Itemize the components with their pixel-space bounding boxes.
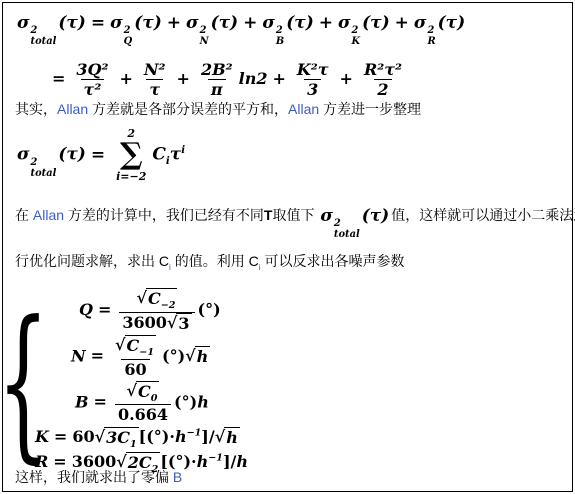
coefficient-c: C xyxy=(148,289,161,308)
sigma-scripts: 2K xyxy=(352,26,361,48)
square-root: √C−1 xyxy=(115,335,156,359)
denominator-number: 3600 xyxy=(122,313,167,332)
equation-rows: Q=√C−23600√3(°) N=√C−160(°)√h B=√C00.664… xyxy=(35,287,248,476)
equation-line-sigma-sum: σ2total(τ)=σ2Q(τ)+σ2N(τ)+σ2B(τ)+σ2K(τ)+σ… xyxy=(17,13,465,48)
plus-operator: + xyxy=(395,13,409,33)
sum-sigma-glyph: ∑ xyxy=(120,140,143,170)
fraction-numerator: K²τ xyxy=(294,60,332,79)
sigma-subscript: R xyxy=(427,37,435,48)
fraction-numerator: √C0 xyxy=(124,381,163,405)
hour-variable: h xyxy=(236,452,248,471)
fraction-numerator: √C−2 xyxy=(133,288,180,312)
plus-operator: + xyxy=(167,13,181,33)
plus-operator: + xyxy=(243,13,257,33)
hour-exponent: −1 xyxy=(187,427,202,438)
sigma-symbol: σ xyxy=(414,13,427,33)
radicand: 3C1 xyxy=(104,427,139,450)
equation-allan-total-variance: σ2total(τ)=σ2Q(τ)+σ2N(τ)+σ2B(τ)+σ2K(τ)+σ… xyxy=(17,13,465,99)
fraction-numerator: 2B² xyxy=(198,60,236,79)
text-segment: 方差就是各部分误差的平方和， xyxy=(88,101,288,117)
coefficient-index: 0 xyxy=(151,393,158,404)
coefficient-number: 60 xyxy=(72,427,94,446)
tau-symbol: τ xyxy=(170,145,181,165)
coefficient-c: C xyxy=(249,253,259,269)
sigma-subscript: total xyxy=(31,169,57,180)
coefficient-c: C xyxy=(127,336,140,355)
paragraph-conclusion: 这样，我们就求出了零偏 B xyxy=(15,467,182,487)
unit-degrees: (°) xyxy=(174,392,197,411)
allan-word: Allan xyxy=(33,207,64,223)
square-root: √h xyxy=(185,346,210,366)
left-curly-brace: { xyxy=(0,299,49,465)
variable-b: B xyxy=(75,392,89,411)
fraction-denominator: 2 xyxy=(374,79,391,99)
sigma-symbol: σ xyxy=(186,13,199,33)
square-root: √C0 xyxy=(127,381,160,405)
equation-q-quantization: Q=√C−23600√3(°) xyxy=(79,288,248,333)
sigma-subscript: N xyxy=(200,37,209,48)
sigma-argument: (τ) xyxy=(286,13,314,33)
text-segment: 这样，我们就求出了零偏 xyxy=(15,469,173,485)
fraction-denominator: τ² xyxy=(81,79,105,99)
square-root: √3 xyxy=(167,313,192,333)
coefficient-index: −2 xyxy=(161,300,176,311)
equation-summation-form: σ2total(τ)=2∑i=−2Ciτi xyxy=(17,127,185,183)
fraction-denominator: 3600√3 xyxy=(119,312,194,333)
bias-variable-b: B xyxy=(173,469,182,485)
sigma-scripts: 2total xyxy=(31,158,57,180)
coefficient-c: C xyxy=(159,253,169,269)
radicand: h xyxy=(195,346,211,366)
sigma-subscript: total xyxy=(31,37,57,48)
fraction-denominator: τ xyxy=(146,79,163,99)
unit-bracket-close: ]/ xyxy=(223,452,236,471)
equals-sign: = xyxy=(91,13,105,33)
sigma-argument: (τ) xyxy=(211,13,239,33)
ln2-factor: ln2 xyxy=(239,69,268,88)
text-segment: 方差的计算中，我们已经有不同 xyxy=(64,207,264,223)
fraction-angle-random-walk: N²τ xyxy=(141,60,169,99)
equation-b-bias-instability: B=√C00.664(°)h xyxy=(75,381,248,425)
plus-operator: + xyxy=(177,69,190,88)
hour-variable: h xyxy=(175,427,187,446)
unit-degrees: (°) xyxy=(162,346,185,365)
sigma-symbol: σ xyxy=(17,13,30,33)
equals-sign: = xyxy=(52,69,65,88)
sigma-subscript: Q xyxy=(124,37,133,48)
sigma-argument: (τ) xyxy=(362,13,390,33)
document-page: σ2total(τ)=σ2Q(τ)+σ2N(τ)+σ2B(τ)+σ2K(τ)+σ… xyxy=(2,2,573,492)
fraction-denominator: 0.664 xyxy=(115,404,171,424)
fraction-numerator: 3Q² xyxy=(73,60,111,79)
coefficient-index: 1 xyxy=(130,439,137,450)
fraction-denominator: π xyxy=(208,79,226,99)
variable-n: N xyxy=(71,346,86,365)
sigma-symbol: σ xyxy=(338,13,351,33)
coefficient-c: 3C xyxy=(106,428,130,447)
equals-sign: = xyxy=(91,145,105,165)
sigma-symbol: σ xyxy=(17,145,30,165)
text-segment: 可以反求出各噪声参数 xyxy=(261,253,405,269)
sigma-argument: (τ) xyxy=(362,206,390,226)
allan-word: Allan xyxy=(57,101,88,117)
inline-sigma-total-formula: σ2total(τ) xyxy=(320,206,389,226)
sigma-symbol: σ xyxy=(110,13,123,33)
plus-operator: + xyxy=(119,69,132,88)
equals-sign: = xyxy=(54,427,67,446)
fraction-denominator: 60 xyxy=(121,359,149,379)
sigma-symbol: σ xyxy=(262,13,275,33)
text-segment: 在 xyxy=(15,207,33,223)
text-segment: 的值。利用 xyxy=(171,253,249,269)
fraction-quantization: 3Q²τ² xyxy=(73,60,111,99)
sigma-argument: (τ) xyxy=(134,13,162,33)
coefficient-c: C xyxy=(152,145,166,165)
fraction-numerator: N² xyxy=(141,60,169,79)
text-segment: 值，这样就可以通过小二乘法进 xyxy=(391,207,575,223)
unit-bracket: [(°)· xyxy=(139,427,175,446)
square-root: √h xyxy=(215,427,240,447)
sigma-scripts: 2R xyxy=(427,26,435,48)
sum-lower-limit: i=−2 xyxy=(116,171,146,182)
noise-parameter-equation-system: { Q=√C−23600√3(°) N=√C−160(°)√h B=√C00.6… xyxy=(11,287,248,476)
sigma-argument: (τ) xyxy=(58,145,86,165)
fraction: √C00.664 xyxy=(115,381,171,425)
sigma-scripts: 2Q xyxy=(124,26,133,48)
square-root: √C−2 xyxy=(136,288,177,312)
sigma-argument: (τ) xyxy=(438,13,466,33)
text-segment: 方差进一步整理 xyxy=(319,101,421,117)
equals-sign: = xyxy=(94,392,107,411)
fraction-numerator: R²τ² xyxy=(361,60,405,79)
equation-n-angle-random-walk: N=√C−160(°)√h xyxy=(71,335,248,379)
radicand: 3 xyxy=(176,313,191,333)
radicand: h xyxy=(224,427,240,447)
unit-bracket-close: ]/ xyxy=(201,427,214,446)
sigma-subscript: B xyxy=(276,37,284,48)
sigma-scripts: 2total xyxy=(31,26,57,48)
text-segment: 取值下 xyxy=(272,207,318,223)
radicand: C−1 xyxy=(125,335,156,359)
fraction-rate-random-walk: K²τ3 xyxy=(294,60,332,99)
coefficient-c: C xyxy=(138,382,151,401)
hour-variable: h xyxy=(197,452,209,471)
fraction: √C−160 xyxy=(112,335,159,379)
equals-sign: = xyxy=(91,346,104,365)
fraction: √C−23600√3 xyxy=(119,288,194,333)
plus-operator: + xyxy=(319,13,333,33)
hour-exponent: −1 xyxy=(208,452,223,463)
paragraph-least-squares-line2: 行优化问题求解，求出 Ci 的值。利用 Ci 可以反求出各噪声参数 xyxy=(15,251,405,277)
variable-q: Q xyxy=(79,300,93,319)
fraction-rate-ramp: R²τ²2 xyxy=(361,60,405,99)
sigma-scripts: 2B xyxy=(276,26,284,48)
plus-operator: + xyxy=(340,69,353,88)
fraction-bias-instability: 2B²π xyxy=(198,60,236,99)
summation-operator: 2∑i=−2 xyxy=(116,127,146,183)
sigma-scripts: 2N xyxy=(200,26,209,48)
plus-operator: + xyxy=(272,69,285,88)
fraction-numerator: √C−1 xyxy=(112,335,159,359)
equation-k-rate-random-walk: K=60√3C1[(°)·h−1]/√h xyxy=(35,427,248,450)
unit-degrees: (°) xyxy=(198,300,221,319)
square-root: √3C1 xyxy=(95,427,139,450)
radicand: C−2 xyxy=(146,288,177,312)
paragraph-least-squares-line1: 在 Allan 方差的计算中，我们已经有不同T取值下 σ2total(τ)值，这… xyxy=(15,191,575,241)
tau-exponent: i xyxy=(181,144,185,156)
sigma-subscript: total xyxy=(334,230,360,241)
text-segment: 其实， xyxy=(15,101,57,117)
hour-variable: h xyxy=(197,392,209,411)
equals-sign: = xyxy=(98,300,111,319)
text-segment: 行优化问题求解，求出 xyxy=(15,253,159,269)
allan-word: Allan xyxy=(288,101,319,117)
sigma-argument: (τ) xyxy=(58,13,86,33)
fraction-denominator: 3 xyxy=(304,79,321,99)
coefficient-index: −1 xyxy=(139,347,154,358)
equation-line-fractions: =3Q²τ²+N²τ+2B²πln2+K²τ3+R²τ²2 xyxy=(47,60,465,99)
brace-column: { xyxy=(11,308,35,456)
sigma-scripts: 2total xyxy=(334,219,360,241)
radicand: C0 xyxy=(136,381,159,405)
paragraph-allan-explanation: 其实，Allan 方差就是各部分误差的平方和，Allan 方差进一步整理 xyxy=(15,99,421,119)
sigma-symbol: σ xyxy=(320,206,333,226)
sigma-subscript: K xyxy=(352,37,361,48)
